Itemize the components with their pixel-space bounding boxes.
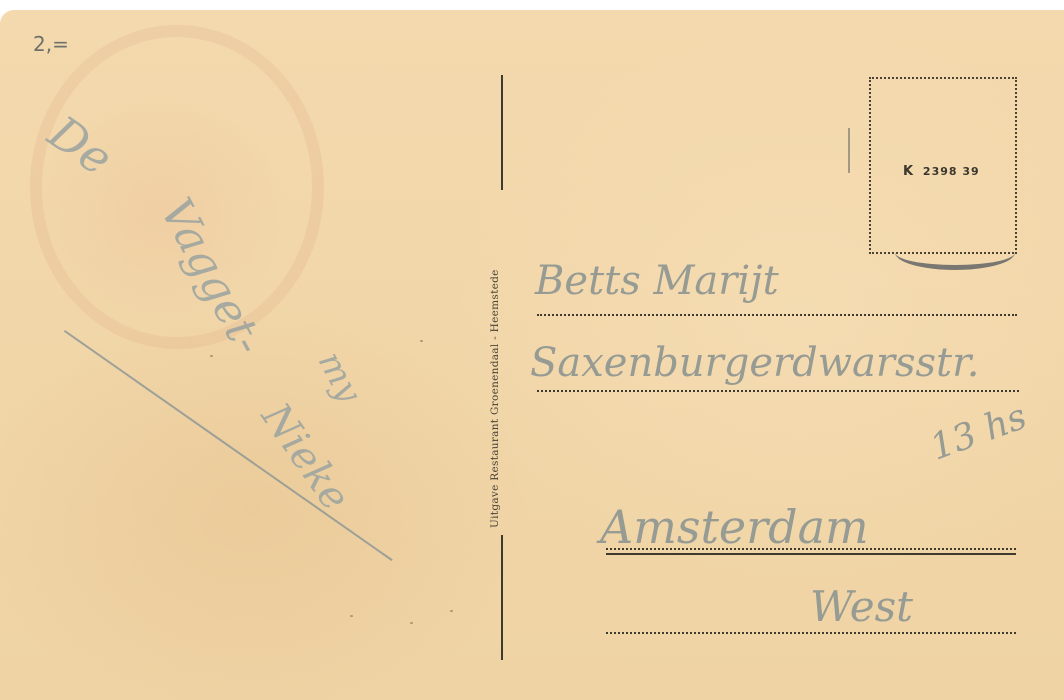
paper-speck — [420, 340, 423, 342]
address-recipient: Betts Marijt — [535, 258, 779, 304]
address-underline — [606, 553, 1016, 555]
coffee-stain — [30, 25, 324, 349]
center-divider-bottom — [501, 535, 503, 660]
postcard-back: 2,= De Vagget- my Nieke Uitgave Restaura… — [0, 10, 1064, 700]
paper-speck — [210, 355, 213, 357]
publisher-imprint: Uitgave Restaurant Groenendaal - Heemste… — [489, 188, 505, 528]
address-city: Amsterdam — [600, 500, 869, 554]
paper-speck — [450, 610, 453, 612]
postmark-arc — [895, 235, 1015, 270]
stamp-code-prefix: K — [903, 164, 914, 179]
center-divider-top — [501, 75, 503, 190]
price-note: 2,= — [33, 32, 69, 56]
address-line-4 — [606, 632, 1016, 634]
address-line-2 — [537, 390, 1019, 392]
pencil-tick — [848, 128, 850, 173]
address-street: Saxenburgerdwarsstr. — [530, 340, 980, 386]
stamp-box: K 2398 39 — [869, 77, 1017, 254]
stamp-code-number: 2398 39 — [923, 165, 980, 178]
address-line-3 — [606, 548, 1016, 550]
message-line-3: my — [310, 345, 369, 409]
paper-speck — [410, 622, 413, 624]
address-district: West — [810, 582, 913, 631]
paper-speck — [350, 615, 353, 617]
address-line-1 — [537, 314, 1017, 316]
address-house-number: 13 hs — [925, 396, 1032, 468]
stamp-code: K 2398 39 — [903, 164, 980, 179]
